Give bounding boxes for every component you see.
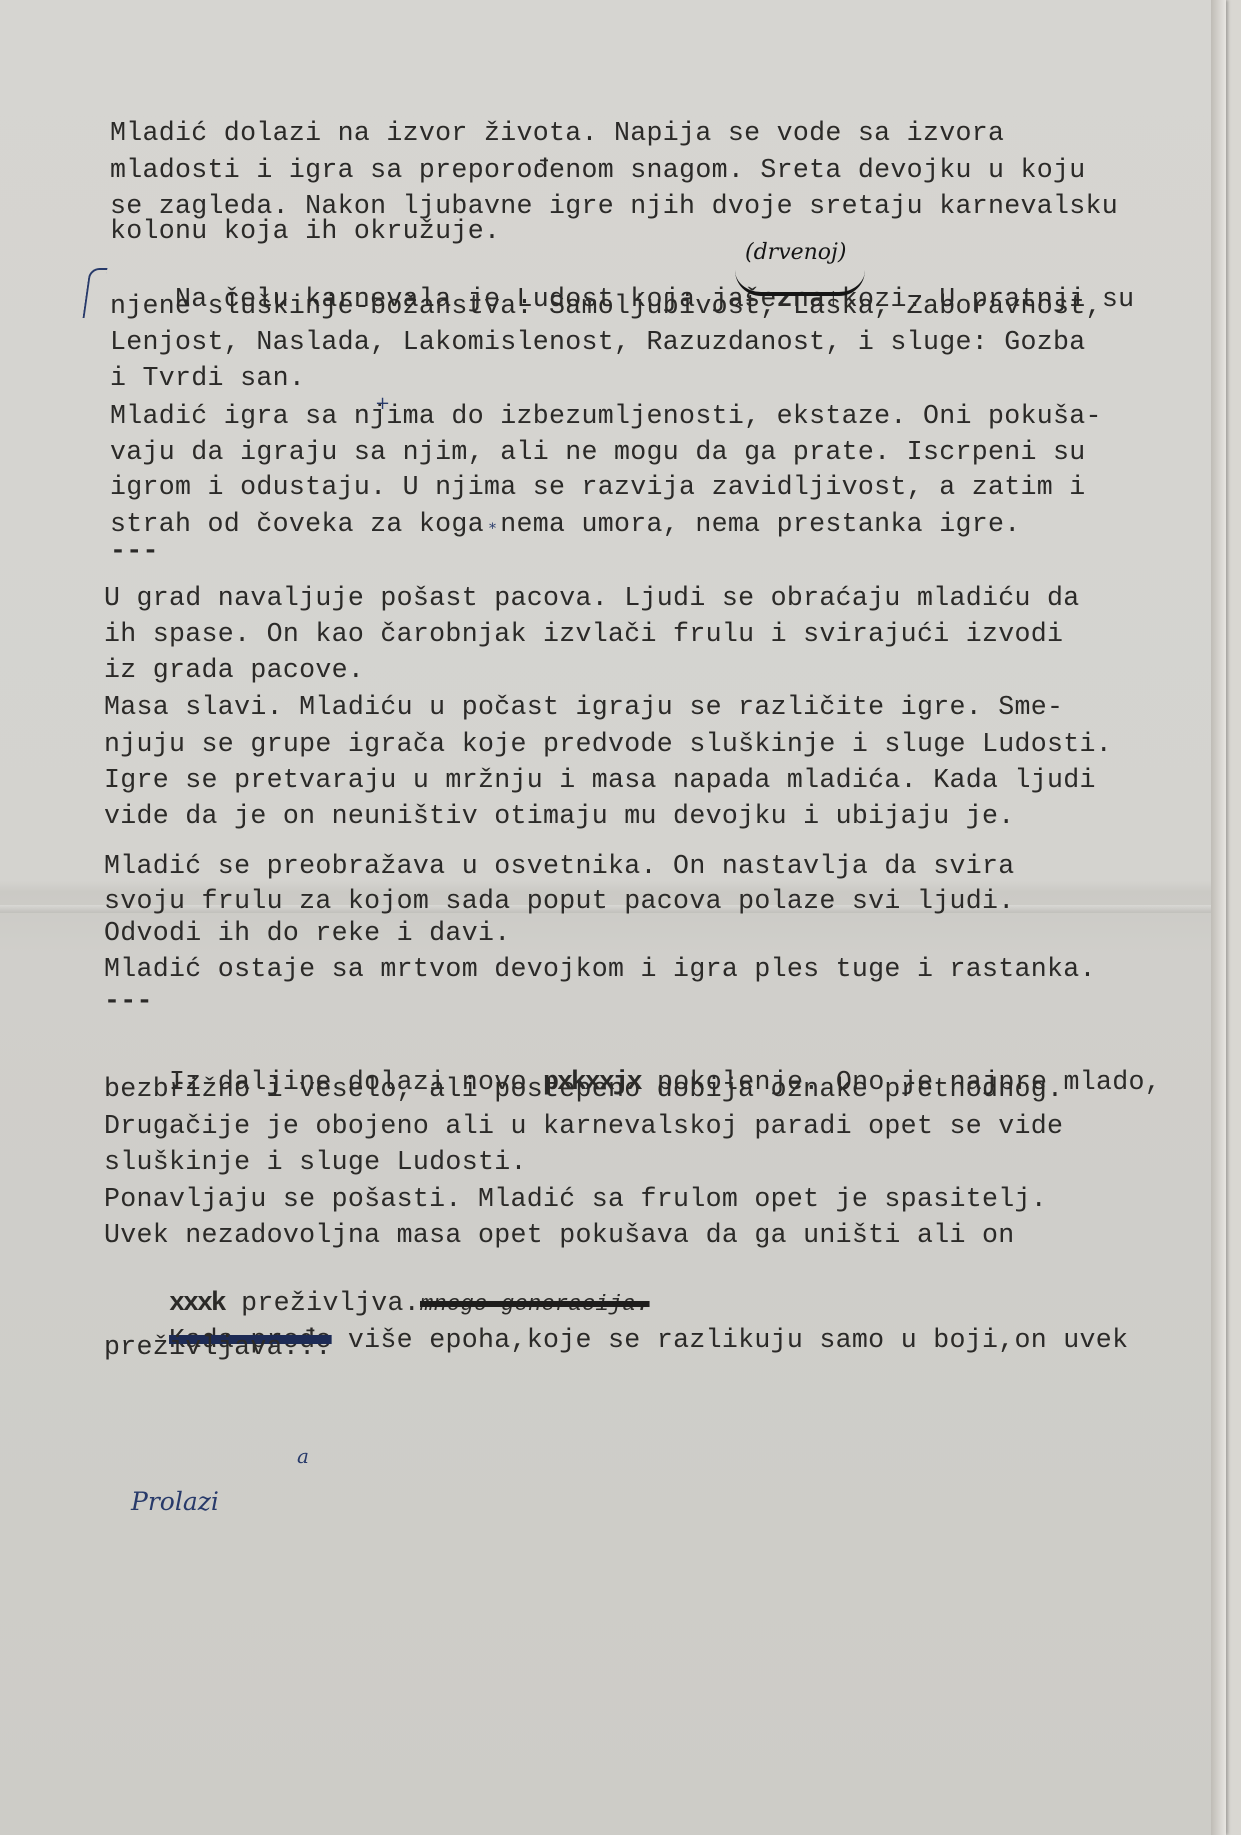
text-line: strah od čoveka za koga nema umora, nema…: [110, 509, 1021, 539]
text-line: i Tvrdi san.: [110, 363, 305, 393]
handwritten-insert-drvenoj: (drvenoj): [745, 240, 846, 265]
text-line: Drugačije je obojeno ali u karnevalskoj …: [104, 1111, 1063, 1141]
text-line: Lenjost, Naslada, Lakomislenost, Razuzda…: [110, 327, 1086, 357]
text-line: Mladić se preobražava u osvetnika. On na…: [104, 851, 1015, 881]
paper-edge: [1211, 0, 1226, 1835]
text-line: kolonu koja ih okružuje.: [110, 216, 500, 246]
handwritten-insert-swoop: [735, 270, 865, 296]
handwritten-asterisk-mark: *: [489, 521, 496, 537]
handwritten-plus-mark: +: [375, 393, 390, 414]
text-segment: više epoha,koje se razlikuju samo u boji…: [332, 1325, 1129, 1355]
text-line: njene sluškinje-božanstva: Samoljubivost…: [110, 291, 1102, 321]
text-line: Mladić ostaje sa mrtvom devojkom i igra …: [104, 954, 1096, 984]
handwritten-insert-prolazi: Prolazi: [131, 1487, 219, 1516]
text-line: preživljava...: [104, 1332, 332, 1362]
handwritten-insert-a: a: [297, 1444, 309, 1468]
text-line: svoju frulu za kojom sada poput pacova p…: [104, 886, 1015, 916]
text-line: U grad navaljuje pošast pacova. Ljudi se…: [104, 583, 1080, 613]
section-separator: ---: [104, 986, 153, 1016]
text-line: Masa slavi. Mladiću u počast igraju se r…: [104, 692, 1063, 722]
text-line: vaju da igraju sa njim, ali ne mogu da g…: [110, 437, 1086, 467]
text-line: Mladić dolazi na izvor života. Napija se…: [110, 118, 1004, 148]
section-separator: ---: [110, 536, 159, 566]
text-line: igrom i odustaju. U njima se razvija zav…: [110, 472, 1086, 502]
text-line: Igre se pretvaraju u mržnju i masa napad…: [104, 765, 1096, 795]
text-line: Odvodi ih do reke i davi.: [104, 918, 510, 948]
text-line: iz grada pacove.: [104, 655, 364, 685]
text-line: ih spase. On kao čarobnjak izvlači frulu…: [104, 619, 1063, 649]
text-line: vide da je on neuništiv otimaju mu devoj…: [104, 801, 1015, 831]
text-line: mladosti i igra sa preporođenom snagom. …: [110, 155, 1086, 185]
text-line: Uvek nezadovoljna masa opet pokušava da …: [104, 1220, 1015, 1250]
text-line: Mladić igra sa njima do izbezumljenosti,…: [110, 401, 1102, 431]
text-line: njuju se grupe igrača koje predvode sluš…: [104, 729, 1112, 759]
text-line: bezbrižno i veselo, ali postepeno dobija…: [104, 1074, 1063, 1104]
text-line: sluškinje i sluge Ludosti.: [104, 1147, 527, 1177]
text-line: Ponavljaju se pošasti. Mladić sa frulom …: [104, 1184, 1047, 1214]
